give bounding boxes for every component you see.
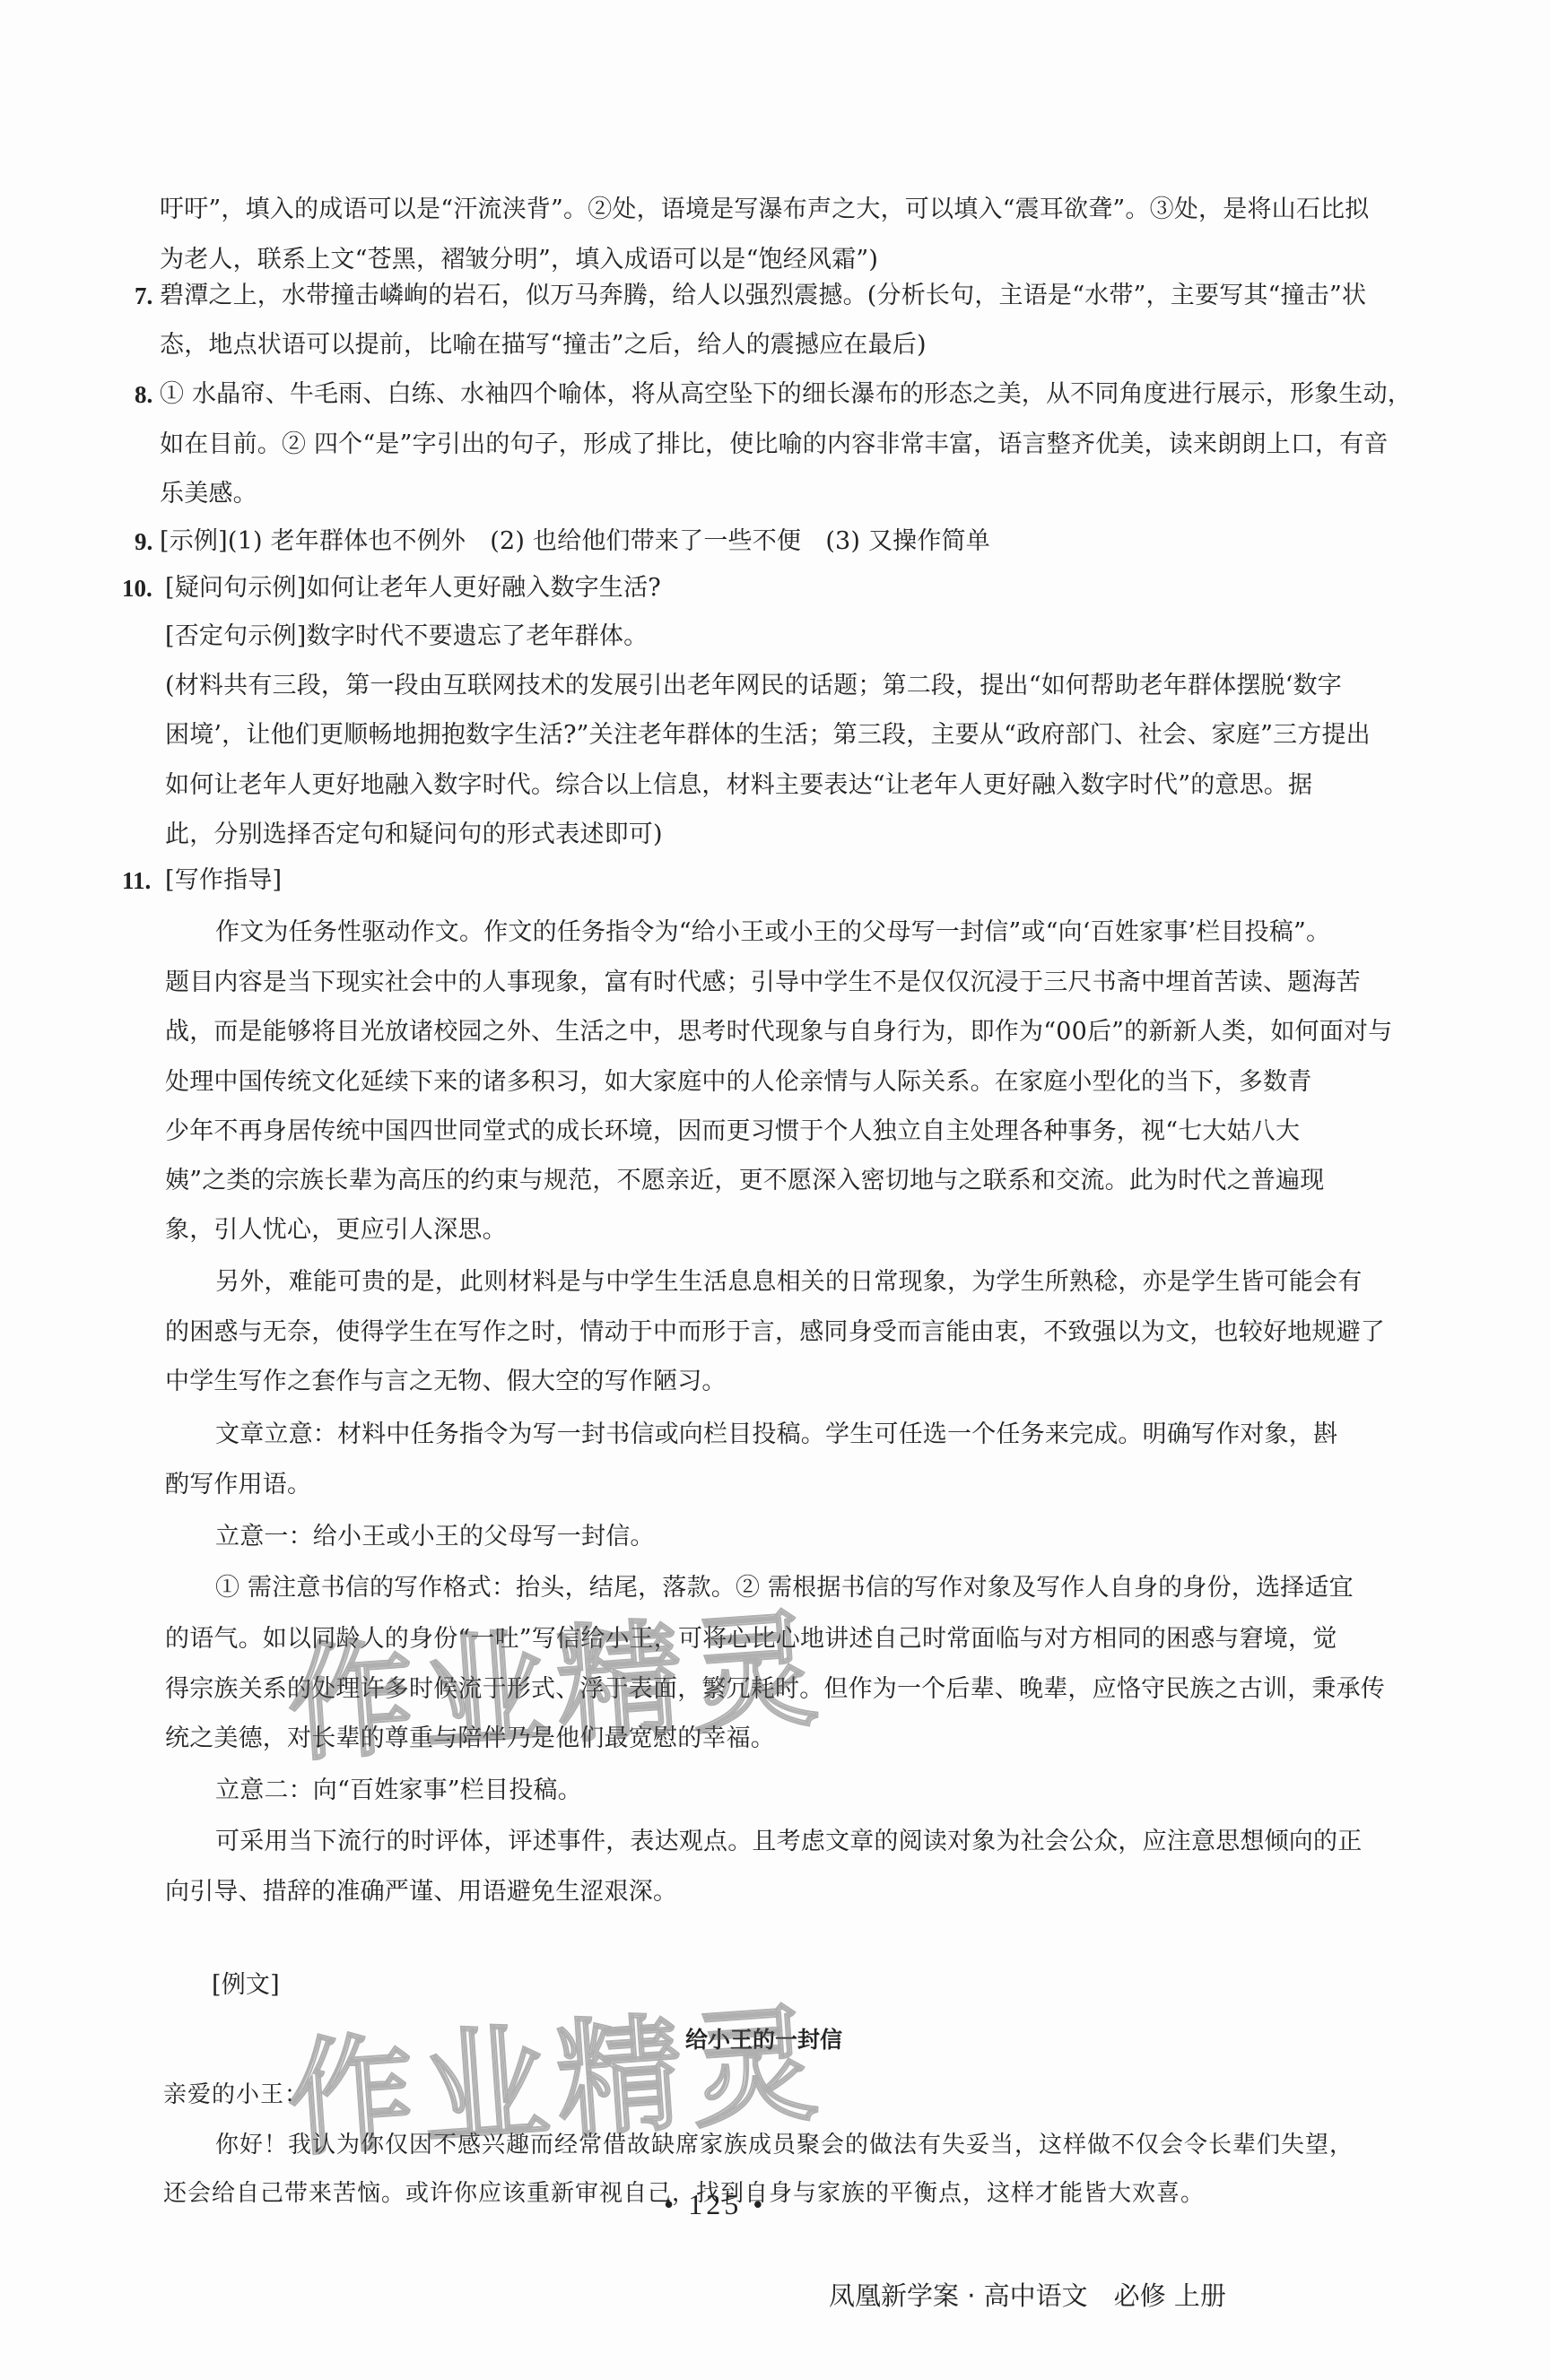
answer-6-continuation-line-1: 吁吁”，填入的成语可以是“汗流浃背”。②处，语境是写瀑布声之大，可以填入“震耳欲…: [160, 192, 1369, 228]
idea-two-line-1: 可采用当下流行的时评体，评述事件，表达观点。且考虑文章的阅读对象为社会公众，应注…: [215, 1824, 1362, 1860]
essay-paragraph-1-line-1: 你好！我认为你仅因不感兴趣而经常借故缺席家族成员聚会的做法有失妥当，这样做不仅会…: [215, 2127, 1354, 2163]
answer-8-line-1: ① 水晶帘、牛毛雨、白练、水袖四个喻体，将从高空坠下的细长瀑布的形态之美，从不同…: [160, 377, 1412, 413]
writing-guide-p1-line-6: 姨”之类的宗族长辈为高压的约束与规范，不愿亲近，更不愿深入密切地与之联系和交流。…: [165, 1163, 1324, 1199]
question-number-7: 7.: [135, 278, 152, 314]
question-number-10: 10.: [122, 570, 152, 606]
idea-two-heading: 立意二：向“百姓家事”栏目投稿。: [215, 1773, 582, 1809]
sample-essay-label: [例文]: [212, 1967, 280, 2003]
writing-guide-heading: [写作指导]: [165, 863, 282, 899]
answer-10-interrogative: [疑问句示例]如何让老年人更好融入数字生活?: [165, 570, 661, 606]
writing-guide-p1-line-3: 战，而是能够将目光放诸校园之外、生活之中，思考时代现象与自身行为，即作为“00后…: [165, 1014, 1392, 1050]
answer-9-line-1: [示例](1) 老年群体也不例外 (2) 也给他们带来了一些不便 (3) 又操作…: [160, 524, 990, 560]
writing-guide-p2-line-2: 的困惑与无奈，使得学生在写作之时，情动于中而形于言，感同身受而言能由衷，不致强以…: [165, 1315, 1385, 1351]
idea-one-line-2: 的语气。如以同龄人的身份“一吐”写信给小王，可将心比心地讲述自己时常面临与对方相…: [165, 1621, 1337, 1657]
idea-two-line-2: 向引导、措辞的准确严谨、用语避免生涩艰深。: [165, 1874, 677, 1910]
answer-7-line-1: 碧潭之上，水带撞击嶙峋的岩石，似万马奔腾，给人以强烈震撼。(分析长句，主语是“水…: [160, 278, 1366, 314]
idea-one-line-3: 得宗族关系的处理许多时候流于形式、浮于表面，繁冗耗时。但作为一个后辈、晚辈，应恪…: [165, 1672, 1385, 1707]
answer-10-negative: [否定句示例]数字时代不要遗忘了老年群体。: [165, 619, 648, 655]
idea-one-line-4: 统之美德，对长辈的尊重与陪伴乃是他们最宽慰的幸福。: [165, 1721, 775, 1757]
page-number: • 125 •: [664, 2188, 766, 2221]
answer-7-line-2: 态，地点状语可以提前，比喻在描写“撞击”之后，给人的震撼应在最后): [160, 327, 927, 363]
main-idea-line-1: 文章立意：材料中任务指令为写一封书信或向栏目投稿。学生可任选一个任务来完成。明确…: [215, 1417, 1337, 1453]
writing-guide-p2-line-1: 另外，难能可贵的是，此则材料是与中学生生活息息相关的日常现象，为学生所熟稔，亦是…: [215, 1264, 1362, 1300]
answer-10-analysis-line-1: (材料共有三段，第一段由互联网技术的发展引出老年网民的话题；第二段，提出“如何帮…: [165, 668, 1342, 704]
idea-one-heading: 立意一：给小王或小王的父母写一封信。: [215, 1519, 655, 1555]
answer-6-continuation-line-2: 为老人，联系上文“苍黑，褶皱分明”，填入成语可以是“饱经风霜”): [160, 242, 878, 278]
answer-10-analysis-line-4: 此，分别选择否定句和疑问句的形式表述即可): [165, 817, 663, 853]
book-title-footer: 凤凰新学案 · 高中语文 必修 上册: [829, 2276, 1226, 2313]
writing-guide-p1-line-5: 少年不再身居传统中国四世同堂式的成长环境，因而更习惯于个人独立自主处理各种事务，…: [165, 1114, 1300, 1150]
answer-10-analysis-line-2: 困境’，让他们更顺畅地拥抱数字生活?”关注老年群体的生活；第三段，主要从“政府部…: [165, 717, 1371, 753]
main-idea-line-2: 酌写作用语。: [165, 1467, 311, 1503]
question-number-8: 8.: [135, 377, 152, 413]
document-page: 吁吁”，填入的成语可以是“汗流浃背”。②处，语境是写瀑布声之大，可以填入“震耳欲…: [0, 0, 1550, 2380]
writing-guide-p1-line-7: 象，引人忧心，更应引人深思。: [165, 1212, 507, 1248]
question-number-9: 9.: [135, 524, 152, 560]
writing-guide-p1-line-1: 作文为任务性驱动作文。作文的任务指令为“给小王或小王的父母写一封信”或“向‘百姓…: [215, 915, 1330, 951]
essay-title: 给小王的一封信: [685, 2024, 842, 2056]
writing-guide-p2-line-3: 中学生写作之套作与言之无物、假大空的写作陋习。: [165, 1364, 727, 1400]
answer-8-line-2: 如在目前。② 四个“是”字引出的句子，形成了排比，使比喻的内容非常丰富，语言整齐…: [160, 427, 1389, 463]
answer-10-analysis-line-3: 如何让老年人更好地融入数字时代。综合以上信息，材料主要表达“让老年人更好融入数字…: [165, 768, 1312, 803]
essay-salutation: 亲爱的小王：: [163, 2077, 309, 2113]
writing-guide-p1-line-4: 处理中国传统文化延续下来的诸多积习，如大家庭中的人伦亲情与人际关系。在家庭小型化…: [165, 1064, 1311, 1100]
idea-one-line-1: ① 需注意书信的写作格式：抬头，结尾，落款。② 需根据书信的写作对象及写作人自身…: [215, 1570, 1354, 1606]
answer-8-line-3: 乐美感。: [160, 476, 257, 512]
writing-guide-p1-line-2: 题目内容是当下现实社会中的人事现象，富有时代感；引导中学生不是仅仅沉浸于三尺书斋…: [165, 965, 1361, 1001]
question-number-11: 11.: [122, 863, 151, 899]
